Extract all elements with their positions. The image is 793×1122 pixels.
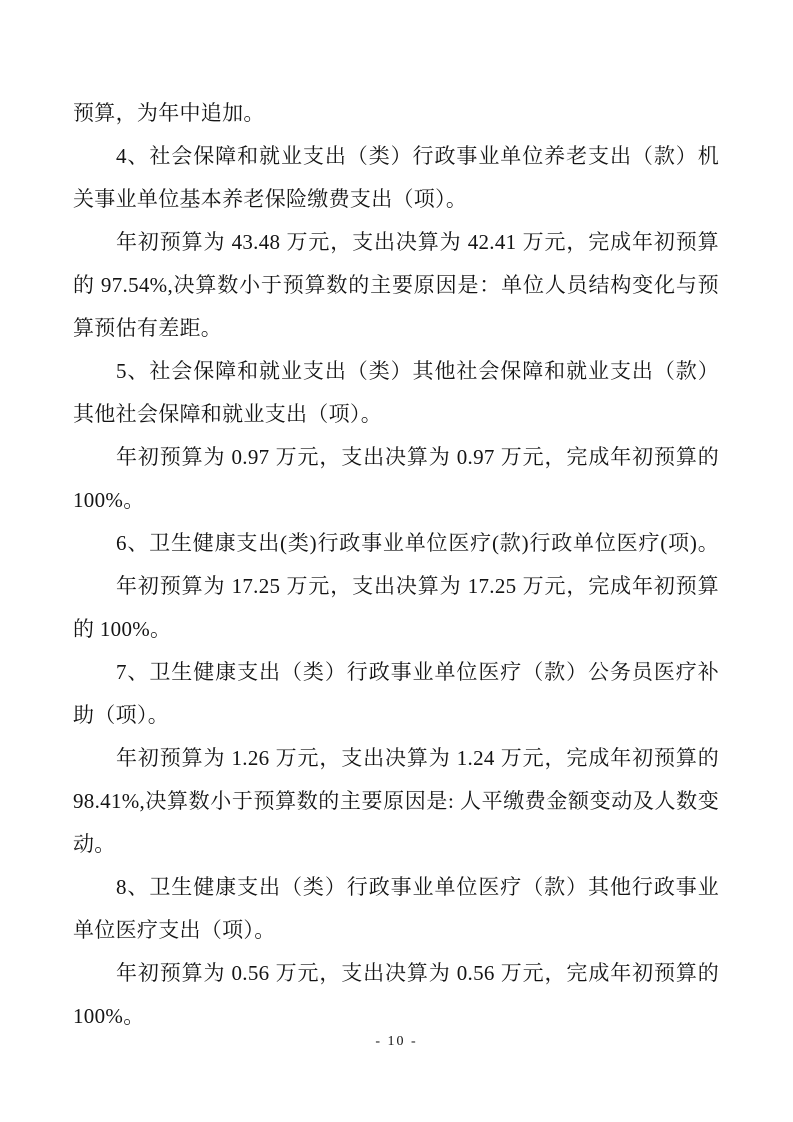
text-line: 动。 — [73, 823, 719, 866]
text-line: 年初预算为 43.48 万元，支出决算为 42.41 万元，完成年初预算 — [73, 221, 719, 264]
text-line: 单位医疗支出（项）。 — [73, 909, 719, 952]
text-line: 8、卫生健康支出（类）行政事业单位医疗（款）其他行政事业 — [73, 866, 719, 909]
paragraph: 年初预算为 0.97 万元，支出决算为 0.97 万元，完成年初预算的100%。 — [73, 436, 719, 522]
text-line: 98.41%,决算数小于预算数的主要原因是: 人平缴费金额变动及人数变 — [73, 780, 719, 823]
paragraph: 4、社会保障和就业支出（类）行政事业单位养老支出（款）机关事业单位基本养老保险缴… — [73, 135, 719, 221]
document-page: 预算，为年中追加。4、社会保障和就业支出（类）行政事业单位养老支出（款）机关事业… — [0, 0, 793, 1122]
text-line: 100%。 — [73, 479, 719, 522]
paragraph: 预算，为年中追加。 — [73, 92, 719, 135]
text-line: 助（项）。 — [73, 694, 719, 737]
document-body: 预算，为年中追加。4、社会保障和就业支出（类）行政事业单位养老支出（款）机关事业… — [73, 92, 719, 1038]
text-line: 算预估有差距。 — [73, 307, 719, 350]
text-line: 预算，为年中追加。 — [73, 92, 719, 135]
page-footer: - 10 - — [0, 1032, 793, 1050]
text-line: 6、卫生健康支出(类)行政事业单位医疗(款)行政单位医疗(项)。 — [73, 522, 719, 565]
paragraph: 年初预算为 17.25 万元，支出决算为 17.25 万元，完成年初预算的 10… — [73, 565, 719, 651]
text-line: 年初预算为 1.26 万元，支出决算为 1.24 万元，完成年初预算的 — [73, 737, 719, 780]
text-line: 年初预算为 0.97 万元，支出决算为 0.97 万元，完成年初预算的 — [73, 436, 719, 479]
text-line: 7、卫生健康支出（类）行政事业单位医疗（款）公务员医疗补 — [73, 651, 719, 694]
text-line: 年初预算为 17.25 万元，支出决算为 17.25 万元，完成年初预算 — [73, 565, 719, 608]
paragraph: 7、卫生健康支出（类）行政事业单位医疗（款）公务员医疗补助（项）。 — [73, 651, 719, 737]
text-line: 的 100%。 — [73, 608, 719, 651]
text-line: 关事业单位基本养老保险缴费支出（项）。 — [73, 178, 719, 221]
text-line: 5、社会保障和就业支出（类）其他社会保障和就业支出（款） — [73, 350, 719, 393]
paragraph: 年初预算为 1.26 万元，支出决算为 1.24 万元，完成年初预算的98.41… — [73, 737, 719, 866]
paragraph: 5、社会保障和就业支出（类）其他社会保障和就业支出（款）其他社会保障和就业支出（… — [73, 350, 719, 436]
text-line: 年初预算为 0.56 万元，支出决算为 0.56 万元，完成年初预算的 — [73, 952, 719, 995]
page-number: - 10 - — [375, 1034, 417, 1049]
paragraph: 6、卫生健康支出(类)行政事业单位医疗(款)行政单位医疗(项)。 — [73, 522, 719, 565]
paragraph: 8、卫生健康支出（类）行政事业单位医疗（款）其他行政事业单位医疗支出（项）。 — [73, 866, 719, 952]
text-line: 其他社会保障和就业支出（项）。 — [73, 393, 719, 436]
text-line: 4、社会保障和就业支出（类）行政事业单位养老支出（款）机 — [73, 135, 719, 178]
text-line: 的 97.54%,决算数小于预算数的主要原因是：单位人员结构变化与预 — [73, 264, 719, 307]
paragraph: 年初预算为 43.48 万元，支出决算为 42.41 万元，完成年初预算的 97… — [73, 221, 719, 350]
paragraph: 年初预算为 0.56 万元，支出决算为 0.56 万元，完成年初预算的100%。 — [73, 952, 719, 1038]
